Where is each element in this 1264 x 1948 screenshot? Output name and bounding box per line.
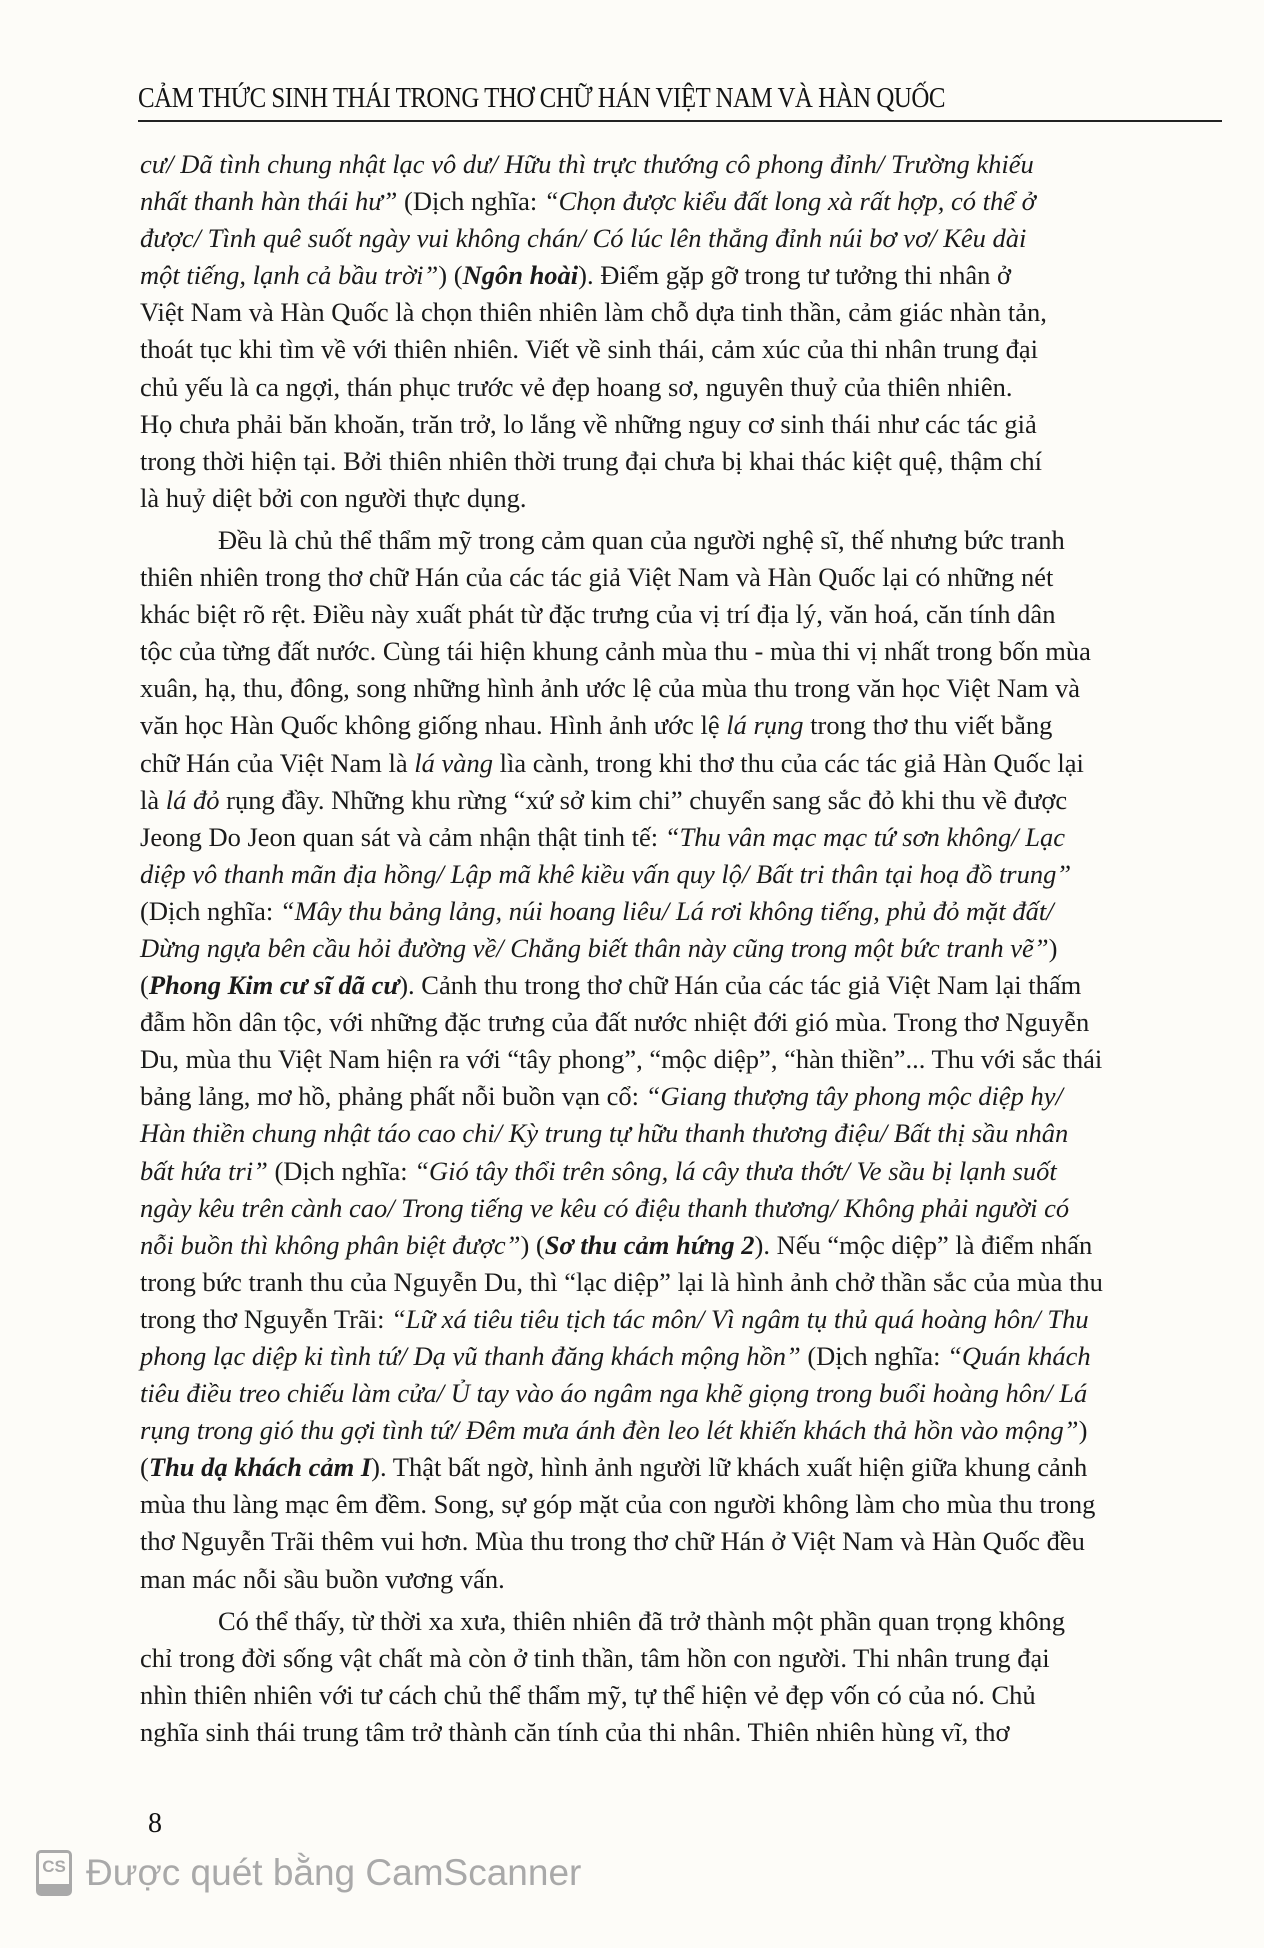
quoted-verse: phong lạc diệp ki tình tứ/ Dạ vũ thanh đ… [140,1341,801,1371]
text-run: là [140,785,166,815]
text-line: Dừng ngựa bên cầu hỏi đường về/ Chẳng bi… [140,930,1215,967]
quoted-verse: “Quán khách [947,1341,1091,1371]
header-rule [138,120,1222,122]
quoted-verse: một tiếng, lạnh cả bầu trời” [140,260,438,290]
text-run: chỉ trong đời sống vật chất mà còn ở tin… [140,1643,1050,1673]
quoted-verse: “Lữ xá tiêu tiêu tịch tác môn/ Vì ngâm t… [391,1304,1089,1334]
text-run: mùa thu làng mạc êm đềm. Song, sự góp mặ… [140,1489,1095,1519]
work-title: Phong Kim cư sĩ dã cư [149,970,399,1000]
quoted-verse: bất hứa tri” [140,1156,268,1186]
quoted-verse: “Gió tây thổi trên sông, lá cây thưa thớ… [414,1156,1057,1186]
text-run: ) ( [438,260,462,290]
text-line: bất hứa tri” (Dịch nghĩa: “Gió tây thổi … [140,1153,1215,1190]
text-run: ) [1079,1415,1088,1445]
quoted-verse: Hàn thiền chung nhật táo cao chi/ Kỳ tru… [140,1118,1068,1148]
text-run: trong thơ thu viết bằng [804,710,1053,740]
text-line: ngày kêu trên cành cao/ Trong tiếng ve k… [140,1190,1215,1227]
quoted-verse: ngày kêu trên cành cao/ Trong tiếng ve k… [140,1193,1069,1223]
camscanner-logo-icon: CS [36,1850,72,1896]
text-run: ( [140,970,149,1000]
text-line: phong lạc diệp ki tình tứ/ Dạ vũ thanh đ… [140,1338,1215,1375]
quoted-verse: nhất thanh hàn thái hư” [140,186,397,216]
paragraph: cư/ Dã tình chung nhật lạc vô dư/ Hữu th… [140,146,1215,517]
text-run: xuân, hạ, thu, đông, song những hình ảnh… [140,673,1080,703]
text-run: khác biệt rõ rệt. Điều này xuất phát từ … [140,599,1055,629]
quoted-verse: “Mây thu bảng lảng, núi hoang liêu/ Lá r… [280,896,1054,926]
text-line: tộc của từng đất nước. Cùng tái hiện khu… [140,633,1215,670]
text-line: trong thơ Nguyễn Trãi: “Lữ xá tiêu tiêu … [140,1301,1215,1338]
text-line: bảng lảng, mơ hồ, phảng phất nỗi buồn vạ… [140,1078,1215,1115]
text-run: Du, mùa thu Việt Nam hiện ra với “tây ph… [140,1044,1102,1074]
text-line: mùa thu làng mạc êm đềm. Song, sự góp mặ… [140,1486,1215,1523]
text-line: chủ yếu là ca ngợi, thán phục trước vẻ đ… [140,369,1215,406]
text-run: thiên nhiên trong thơ chữ Hán của các tá… [140,562,1053,592]
quoted-verse: lá đỏ [166,785,220,815]
text-run: ). Nếu “mộc diệp” là điểm nhấn [755,1230,1093,1260]
text-run: chủ yếu là ca ngợi, thán phục trước vẻ đ… [140,372,1013,402]
text-run: chữ Hán của Việt Nam là [140,748,414,778]
text-run: thơ Nguyễn Trãi thêm vui hơn. Mùa thu tr… [140,1526,1085,1556]
text-line: nhất thanh hàn thái hư” (Dịch nghĩa: “Ch… [140,183,1215,220]
text-run: trong bức tranh thu của Nguyễn Du, thì “… [140,1267,1103,1297]
text-line: Họ chưa phải băn khoăn, trăn trở, lo lắn… [140,406,1215,443]
watermark-text: Được quét bằng CamScanner [86,1852,581,1894]
text-line: Du, mùa thu Việt Nam hiện ra với “tây ph… [140,1041,1215,1078]
text-run: ). Thật bất ngờ, hình ảnh người lữ khách… [371,1452,1087,1482]
text-line: Có thể thấy, từ thời xa xưa, thiên nhiên… [140,1603,1215,1640]
text-line: một tiếng, lạnh cả bầu trời”) (Ngôn hoài… [140,257,1215,294]
text-run: nghĩa sinh thái trung tâm trở thành căn … [140,1717,1010,1747]
text-line: tiêu điều treo chiếu làm cửa/ Ủ tay vào … [140,1375,1215,1412]
text-run: tộc của từng đất nước. Cùng tái hiện khu… [140,636,1091,666]
text-line: Jeong Do Jeon quan sát và cảm nhận thật … [140,819,1215,856]
text-run: rụng đầy. Những khu rừng “xứ sở kim chi”… [220,785,1068,815]
quoted-verse: Dừng ngựa bên cầu hỏi đường về/ Chẳng bi… [140,933,1049,963]
text-line: (Phong Kim cư sĩ dã cư). Cảnh thu trong … [140,967,1215,1004]
text-line: Đều là chủ thể thẩm mỹ trong cảm quan củ… [140,522,1215,559]
quoted-verse: “Chọn được kiểu đất long xà rất hợp, có … [544,186,1036,216]
text-run: ). Cảnh thu trong thơ chữ Hán của các tá… [399,970,1081,1000]
scanned-page: CẢM THỨC SINH THÁI TRONG THƠ CHỮ HÁN VIỆ… [0,0,1264,1948]
text-line: được/ Tình quê suốt ngày vui không chán/… [140,220,1215,257]
quoted-verse: diệp vô thanh mãn địa hồng/ Lập mã khê k… [140,859,1071,889]
text-line: chữ Hán của Việt Nam là lá vàng lìa cành… [140,745,1215,782]
text-run: Có thể thấy, từ thời xa xưa, thiên nhiên… [218,1606,1065,1636]
text-run: Jeong Do Jeon quan sát và cảm nhận thật … [140,822,665,852]
text-run: man mác nỗi sầu buồn vương vấn. [140,1564,505,1594]
quoted-verse: “Thu vân mạc mạc tứ sơn không/ Lạc [665,822,1065,852]
text-run: bảng lảng, mơ hồ, phảng phất nỗi buồn vạ… [140,1081,646,1111]
text-run: Việt Nam và Hàn Quốc là chọn thiên nhiên… [140,297,1047,327]
quoted-verse: “Giang thượng tây phong mộc diệp hy/ [646,1081,1063,1111]
text-run: văn học Hàn Quốc không giống nhau. Hình … [140,710,726,740]
work-title: Ngôn hoài [463,260,579,290]
text-run: thoát tục khi tìm về với thiên nhiên. Vi… [140,334,1038,364]
text-run: lìa cành, trong khi thơ thu của các tác … [493,748,1084,778]
text-run: ). Điểm gặp gỡ trong tư tưởng thi nhân ở [578,260,1011,290]
quoted-verse: lá rụng [726,710,803,740]
text-run: ( [140,1452,149,1482]
text-line: thoát tục khi tìm về với thiên nhiên. Vi… [140,331,1215,368]
text-run: (Dịch nghĩa: [140,896,280,926]
text-line: xuân, hạ, thu, đông, song những hình ảnh… [140,670,1215,707]
text-line: Việt Nam và Hàn Quốc là chọn thiên nhiên… [140,294,1215,331]
text-line: đẫm hồn dân tộc, với những đặc trưng của… [140,1004,1215,1041]
text-run: (Dịch nghĩa: [268,1156,414,1186]
text-line: văn học Hàn Quốc không giống nhau. Hình … [140,707,1215,744]
text-line: thơ Nguyễn Trãi thêm vui hơn. Mùa thu tr… [140,1523,1215,1560]
text-line: trong thời hiện tại. Bởi thiên nhiên thờ… [140,443,1215,480]
text-run: ) ( [520,1230,544,1260]
text-line: diệp vô thanh mãn địa hồng/ Lập mã khê k… [140,856,1215,893]
text-line: thiên nhiên trong thơ chữ Hán của các tá… [140,559,1215,596]
text-line: chỉ trong đời sống vật chất mà còn ở tin… [140,1640,1215,1677]
body-text: cư/ Dã tình chung nhật lạc vô dư/ Hữu th… [140,146,1215,1756]
text-run: Họ chưa phải băn khoăn, trăn trở, lo lắn… [140,409,1037,439]
page-number: 8 [148,1808,162,1840]
text-line: là lá đỏ rụng đầy. Những khu rừng “xứ sở… [140,782,1215,819]
text-run: trong thơ Nguyễn Trãi: [140,1304,391,1334]
text-line: khác biệt rõ rệt. Điều này xuất phát từ … [140,596,1215,633]
text-line: nghĩa sinh thái trung tâm trở thành căn … [140,1714,1215,1751]
text-run: Đều là chủ thể thẩm mỹ trong cảm quan củ… [218,525,1065,555]
quoted-verse: nỗi buồn thì không phân biệt được” [140,1230,520,1260]
text-run: nhìn thiên nhiên với tư cách chủ thể thẩ… [140,1680,1036,1710]
camscanner-watermark: CS Được quét bằng CamScanner [36,1848,581,1898]
text-line: trong bức tranh thu của Nguyễn Du, thì “… [140,1264,1215,1301]
paragraph: Đều là chủ thể thẩm mỹ trong cảm quan củ… [140,522,1215,1598]
text-run: (Dịch nghĩa: [397,186,543,216]
text-line: (Dịch nghĩa: “Mây thu bảng lảng, núi hoa… [140,893,1215,930]
text-line: nỗi buồn thì không phân biệt được”) (Sơ … [140,1227,1215,1264]
work-title: Sơ thu cảm hứng 2 [545,1230,755,1260]
quoted-verse: tiêu điều treo chiếu làm cửa/ Ủ tay vào … [140,1378,1087,1408]
quoted-verse: cư/ Dã tình chung nhật lạc vô dư/ Hữu th… [140,149,1034,179]
text-line: Hàn thiền chung nhật táo cao chi/ Kỳ tru… [140,1115,1215,1152]
text-line: nhìn thiên nhiên với tư cách chủ thể thẩ… [140,1677,1215,1714]
quoted-verse: được/ Tình quê suốt ngày vui không chán/… [140,223,1026,253]
text-line: (Thu dạ khách cảm I). Thật bất ngờ, hình… [140,1449,1215,1486]
text-run: trong thời hiện tại. Bởi thiên nhiên thờ… [140,446,1042,476]
text-run: là huỷ diệt bởi con người thực dụng. [140,483,526,513]
quoted-verse: lá vàng [414,748,493,778]
text-line: man mác nỗi sầu buồn vương vấn. [140,1561,1215,1598]
running-header: CẢM THỨC SINH THÁI TRONG THƠ CHỮ HÁN VIỆ… [138,78,1070,118]
text-run: ) [1049,933,1058,963]
text-line: rụng trong gió thu gợi tình tứ/ Đêm mưa … [140,1412,1215,1449]
text-run: (Dịch nghĩa: [801,1341,947,1371]
work-title: Thu dạ khách cảm I [149,1452,371,1482]
text-run: đẫm hồn dân tộc, với những đặc trưng của… [140,1007,1089,1037]
quoted-verse: rụng trong gió thu gợi tình tứ/ Đêm mưa … [140,1415,1079,1445]
text-line: cư/ Dã tình chung nhật lạc vô dư/ Hữu th… [140,146,1215,183]
paragraph: Có thể thấy, từ thời xa xưa, thiên nhiên… [140,1603,1215,1751]
text-line: là huỷ diệt bởi con người thực dụng. [140,480,1215,517]
